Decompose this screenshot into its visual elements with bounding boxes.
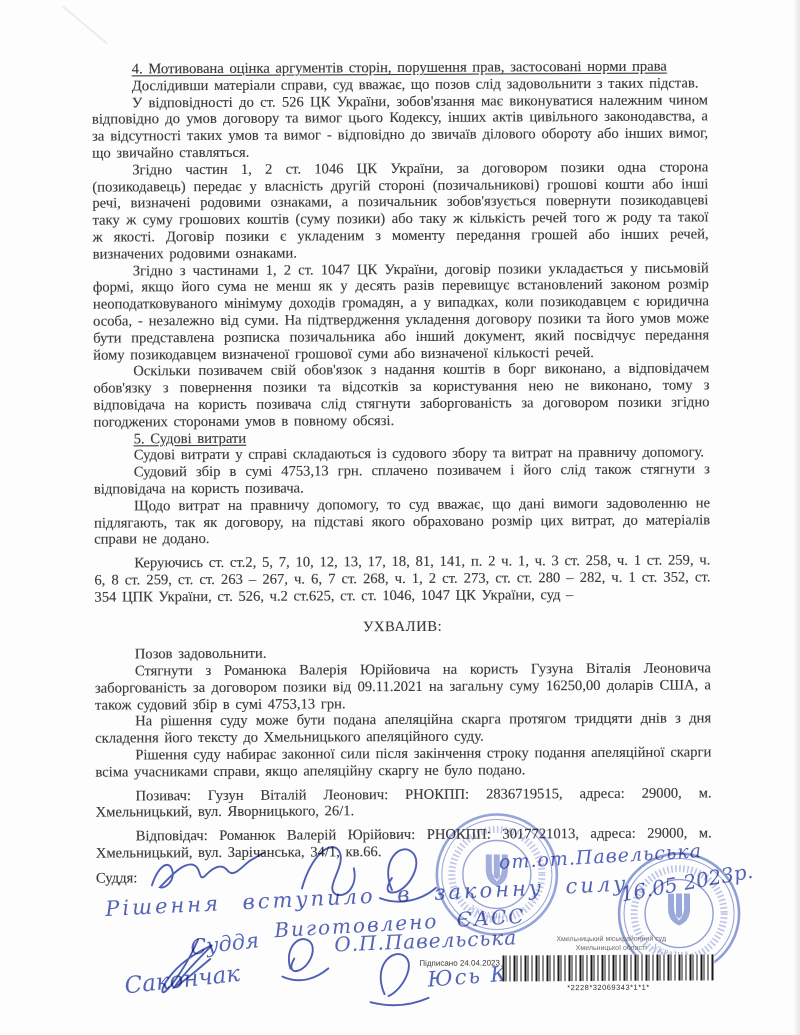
paragraph: Судовий збір в сумі 4753,13 грн. сплачен… xyxy=(94,462,710,499)
paragraph: Згідно з частинами 1, 2 ст. 1047 ЦК Укра… xyxy=(93,260,710,364)
scanned-court-decision-page: 4. Мотивована оцінка аргументів сторін, … xyxy=(0,0,800,1035)
legal-basis-paragraph: Керуючись ст. ст.2, 5, 7, 10, 12, 13, 17… xyxy=(94,552,710,606)
ruling-heading: УХВАЛИВ: xyxy=(95,617,711,637)
stamp-court-name-line1: Хмельницький міськрайонний суд xyxy=(505,935,717,944)
clerk-signature: Сакончак xyxy=(123,961,241,1000)
paragraph: Оскільки позивачем свій обов'язок з нада… xyxy=(93,361,709,431)
paragraph: Згідно частин 1, 2 ст. 1046 ЦК України, … xyxy=(92,159,709,263)
trident-icon xyxy=(668,893,690,925)
ruling-paragraph: Стягнути з Романюка Валерія Юрійовича на… xyxy=(95,660,711,714)
ruling-paragraph: На рішення суду може бути подана апеляці… xyxy=(95,711,711,748)
paragraph: У відповідності до ст. 526 ЦК України, з… xyxy=(92,92,708,162)
barcode-number: *2228*32069343*1*1* xyxy=(502,982,714,992)
stamp-court-name-line2: Хмельницької області xyxy=(505,944,717,953)
plaintiff-paragraph: Позивач: Гузун Віталій Леонович: РНОКПП:… xyxy=(95,785,711,822)
scan-tilt-layer: 4. Мотивована оцінка аргументів сторін, … xyxy=(0,0,800,1035)
signed-label: Підписано xyxy=(419,959,457,968)
judge-word-handwritten: Суддя xyxy=(189,928,260,959)
document-body: 4. Мотивована оцінка аргументів сторін, … xyxy=(92,58,712,862)
judge-label: Суддя: xyxy=(96,870,137,887)
barcode xyxy=(502,954,714,981)
paragraph: Щодо витрат на правничу допомогу, то суд… xyxy=(94,495,710,549)
signature-monogram xyxy=(282,939,328,980)
entered-into-force-date: 16.05 2023р. xyxy=(619,859,755,907)
ruling-paragraph: Рішення суду набирає законної сили після… xyxy=(95,744,711,781)
